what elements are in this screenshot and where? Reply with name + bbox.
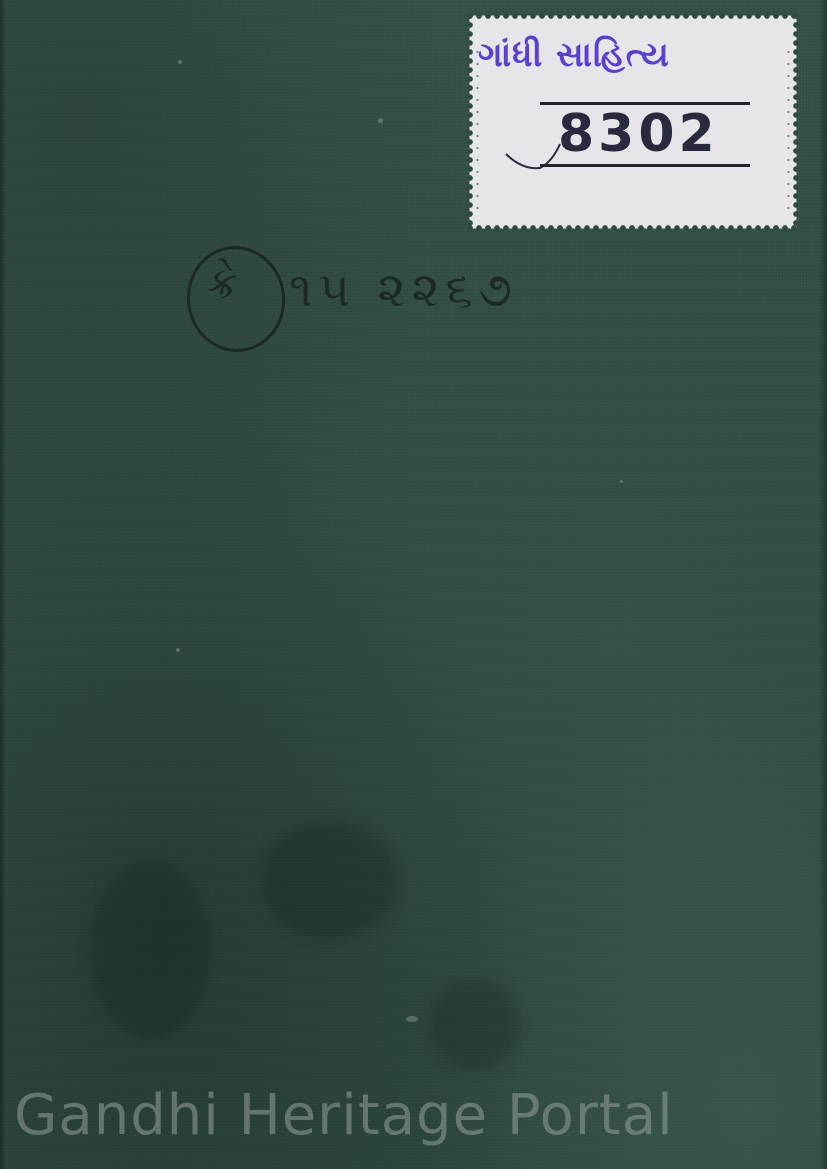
cover-speck <box>178 60 182 64</box>
label-accession-number: 8302 <box>558 108 719 160</box>
cover-stain <box>90 860 210 1040</box>
watermark: Gandhi Heritage Portal <box>14 1082 674 1149</box>
cover-stain <box>260 820 400 940</box>
library-label: ગાંધી સાહિત્ય 8302 <box>470 16 796 228</box>
cover-speck <box>406 1016 418 1022</box>
cover-speck <box>620 480 623 483</box>
cover-speck <box>176 648 180 652</box>
cover-right-edge <box>819 0 827 1169</box>
cover-speck <box>378 118 383 123</box>
handwritten-circled-glyph: ક્રે <box>207 262 238 306</box>
handwritten-number: ૧૫ ૨૨૬૭ <box>289 266 518 314</box>
book-cover: ગાંધી સાહિત્ય 8302 ક્રે ૧૫ ૨૨૬૭ Gandhi H… <box>0 0 827 1169</box>
pen-stroke-mark <box>504 140 564 180</box>
handwritten-marking: ક્રે ૧૫ ૨૨૬૭ <box>185 240 605 350</box>
label-rule-bottom <box>540 164 750 167</box>
cover-left-edge <box>0 0 6 1169</box>
label-perforation <box>466 12 474 232</box>
cover-stain <box>430 980 520 1070</box>
label-title: ગાંધી સાહિત્ય <box>478 38 798 72</box>
